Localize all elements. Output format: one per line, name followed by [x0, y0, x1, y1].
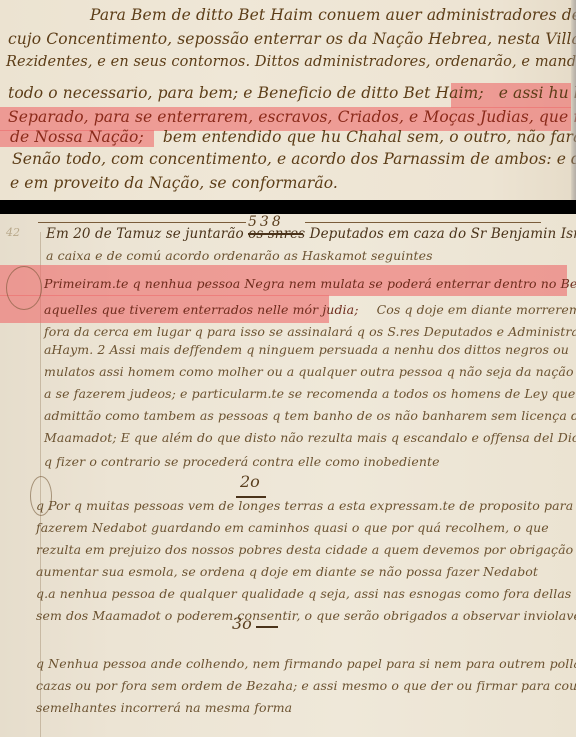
- section1-line: aquelles que tiverem enterrados nelle mó…: [44, 302, 576, 317]
- manuscript-line: e em proveito da Nação, se conformarão.: [10, 174, 338, 192]
- manuscript-line: Rezidentes, e en seus contornos. Dittos …: [6, 54, 576, 70]
- manuscript-line: todo o necessario, para bem; e Beneficio…: [8, 84, 576, 102]
- bottom-manuscript-page: 42 538 Em 20 de Tamuz se juntarão os snr…: [0, 214, 576, 737]
- section2-line: rezulta em prejuizo dos nossos pobres de…: [36, 542, 576, 557]
- section2-line: sem dos Maamadot o poderem consentir, o …: [36, 608, 576, 623]
- line-text: bem entendido que hu Chahal sem, o outro…: [163, 128, 576, 146]
- manuscript-line: de Nossa Nação; bem entendido que hu Cha…: [10, 128, 576, 146]
- header-rule: [305, 222, 541, 223]
- highlighted-text: e assi hu lugar: [499, 84, 576, 102]
- section3-line: cazas ou por fora sem ordem de Bezaha; e…: [36, 678, 576, 693]
- section1-line: admittão como tambem as pessoas q tem ba…: [44, 408, 576, 423]
- intro-line: Em 20 de Tamuz se juntarão os snres Depu…: [46, 226, 576, 242]
- manuscript-line: Para Bem de ditto Bet Haim conuem auer a…: [90, 6, 576, 24]
- section2-line: q.a nenhua pessoa de qualquer qualidade …: [36, 586, 571, 601]
- section1-line: fora da cerca em lugar q para isso se as…: [44, 324, 576, 339]
- header-rule: [38, 222, 246, 223]
- highlighted-line: Separado, para se enterrarem, escravos, …: [8, 108, 576, 126]
- highlighted-text: aquelles que tiverem enterrados nelle mó…: [44, 302, 359, 317]
- margin-folio-mark: 42: [6, 226, 20, 239]
- section1-line: aHaym. 2 Assi mais deffendem q ninguem p…: [44, 342, 569, 357]
- section2-line: q Por q muitas pessoas vem de longes ter…: [36, 498, 576, 513]
- section1-line: Primeiram.te q nenhua pessoa Negra nem m…: [44, 276, 576, 291]
- page-edge: [571, 0, 576, 200]
- section2-line: aumentar sua esmola, se ordena q doje em…: [36, 564, 538, 579]
- line-continuation: Cos q doje em diante morrerem se enterra…: [377, 302, 576, 317]
- section-2-label: 2o: [240, 472, 260, 491]
- section1-line: a se fazerem judeos; e particularm.te se…: [44, 386, 576, 401]
- image-separator-bar: [0, 200, 576, 214]
- section1-line: mulatos assi homem como molher ou a qual…: [44, 364, 576, 379]
- section3-line: q Nenhua pessoa ande colhendo, nem firma…: [36, 656, 576, 671]
- section1-line: q fizer o contrario se procederá contra …: [44, 454, 440, 469]
- intro-line: a caixa e de comú acordo ordenarão as Ha…: [46, 248, 433, 263]
- line-text: todo o necessario, para bem; e Beneficio…: [8, 84, 484, 102]
- highlighted-text: de Nossa Nação;: [10, 128, 144, 146]
- section3-line: semelhantes incorrerá na mesma forma: [36, 700, 292, 715]
- section-3-label: 3o: [232, 614, 252, 633]
- manuscript-line: cujo Concentimento, sepossão enterrar os…: [8, 30, 576, 48]
- top-manuscript-page: Para Bem de ditto Bet Haim conuem auer a…: [0, 0, 576, 200]
- section2-line: fazerem Nedabot guardando em caminhos qu…: [36, 520, 549, 535]
- capital-flourish: [6, 266, 42, 310]
- section-dash: [256, 626, 278, 628]
- manuscript-line: Senão todo, com concentimento, e acordo …: [12, 150, 576, 168]
- section1-line: Maamadot; E que além do que disto não re…: [44, 430, 576, 445]
